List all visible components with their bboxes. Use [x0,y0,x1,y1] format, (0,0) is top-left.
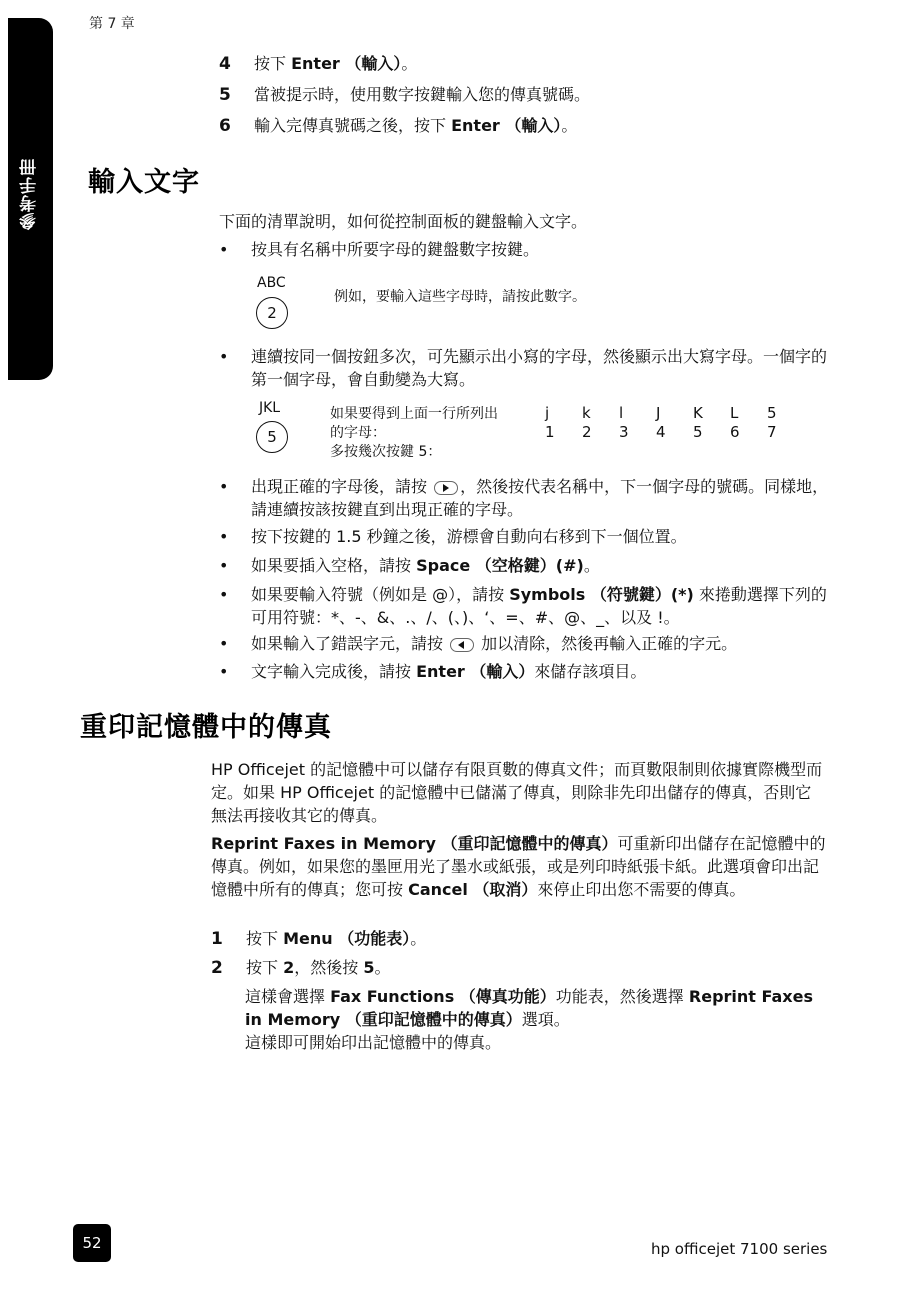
key-press-table: jklJKL5 1234567 [545,404,804,442]
footer-product-name: hp officejet 7100 series [651,1240,827,1258]
bullet-icon: • [219,660,228,683]
bullet-item: • 出現正確的字母後，請按 ，然後按代表名稱中，下一個字母的號碼。同樣地，請連續… [219,475,829,521]
side-section-tab: 參考手冊 [8,18,53,380]
step-text: 按下 Enter （輸入）。 [254,50,417,78]
keypad-key-icon: 5 [256,421,288,453]
step-number: 5 [219,81,231,109]
key-letters-abc: ABC [257,275,286,291]
step-1: 1 按下 Menu （功能表）。 [211,925,831,956]
right-arrow-button-icon [434,481,458,495]
example-caption: 例如，要輸入這些字母時，請按此數字。 [334,286,586,306]
step-text: 當被提示時，使用數字按鍵輸入您的傳真號碼。 [254,81,590,109]
step-text: 按下 2，然後按 5。 [246,954,390,982]
bullet-icon: • [219,475,228,498]
bullet-item: • 如果輸入了錯誤字元，請按 加以清除，然後再輸入正確的字元。 [219,632,829,655]
bullet-icon: • [219,345,228,368]
left-arrow-button-icon [450,638,474,652]
step-text: 按下 Menu （功能表）。 [246,925,426,953]
section-paragraph: Reprint Faxes in Memory （重印記憶體中的傳真）可重新印出… [211,832,826,901]
bullet-icon: • [219,554,228,577]
keypad-key-icon: 2 [256,297,288,329]
bullet-item: • 按下按鍵的 1.5 秒鐘之後，游標會自動向右移到下一個位置。 [219,525,829,548]
bullet-icon: • [219,238,228,261]
step-number: 6 [219,112,231,140]
presses-row: 1234567 [545,423,804,442]
bullet-icon: • [219,583,228,606]
chapter-header: 第 7 章 [89,13,135,33]
step-number: 1 [211,925,223,953]
bullet-item: • 文字輸入完成後，請按 Enter （輸入）來儲存該項目。 [219,660,829,683]
section-paragraph: HP Officejet 的記憶體中可以儲存有限頁數的傳真文件；而頁數限制則依據… [211,758,826,827]
bullet-item: • 按具有名稱中所要字母的鍵盤數字按鍵。 [219,238,829,261]
step-number: 4 [219,50,231,78]
step-number: 2 [211,954,223,982]
example-caption: 如果要得到上面一行所列出 的字母： 多按幾次按鍵 5： [330,405,498,462]
section-title-reprint-faxes: 重印記憶體中的傳真 [80,705,332,744]
step-2: 2 按下 2，然後按 5。 [211,954,831,985]
bullet-item: • 如果要插入空格，請按 Space （空格鍵）(#)。 [219,554,829,577]
chars-row: jklJKL5 [545,404,804,423]
bullet-item: • 連續按同一個按鈕多次，可先顯示出小寫的字母，然後顯示出大寫字母。一個字的第一… [219,345,829,391]
page-number-badge: 52 [73,1224,111,1262]
key-letters-jkl: JKL [259,400,280,416]
bullet-item: • 如果要輸入符號（例如是 @），請按 Symbols （符號鍵）(*) 來捲動… [219,583,829,629]
step-2-result: 這樣即可開始印出記憶體中的傳真。 [245,1031,825,1054]
bullet-icon: • [219,525,228,548]
section-intro: 下面的清單說明，如何從控制面板的鍵盤輸入文字。 [219,210,587,233]
side-tab-label: 參考手冊 [8,158,53,230]
bullet-icon: • [219,632,228,655]
step-2-detail: 這樣會選擇 Fax Functions （傳真功能）功能表，然後選擇 Repri… [245,985,825,1054]
section-title-entering-text: 輸入文字 [88,160,200,199]
step-text: 輸入完傳真號碼之後，按下 Enter （輸入）。 [254,112,577,140]
